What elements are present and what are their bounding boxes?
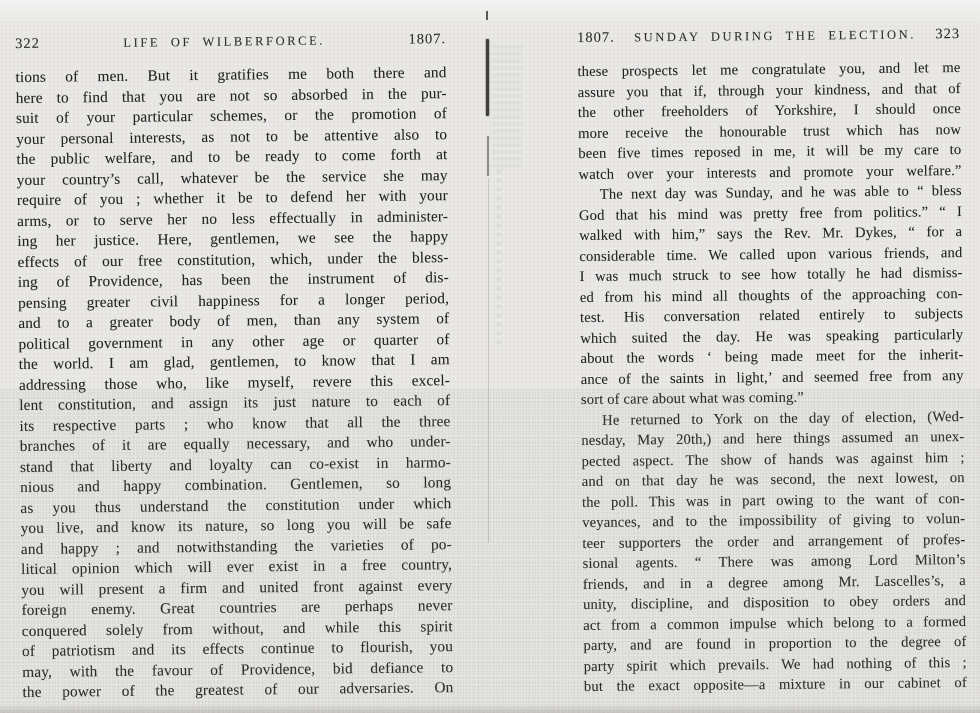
page-number-left: 322 (15, 36, 40, 53)
page-body-left: tions of men. But it gratifies me both t… (15, 63, 453, 703)
gutter-artifact-smudge (492, 46, 522, 171)
text-line: ance of the saints in light,’ and seemed… (581, 365, 964, 390)
year-label-left: 1807. (408, 31, 446, 48)
scan-light-top-band (0, 0, 980, 28)
page-right: 1807. SUNDAY DURING THE ELECTION. 323 th… (577, 26, 967, 697)
year-label-right: 1807. (577, 30, 615, 47)
text-line: but the exact opposite—a mixture in our … (584, 673, 967, 698)
running-title-left: LIFE OF WILBERFORCE. (123, 33, 325, 50)
text-line: the power of the greatest of our adversa… (22, 678, 453, 703)
book-scan-spread: { "colors": { "paper": "#e9e8e6", "ink":… (0, 0, 980, 713)
gutter-artifact-tick (486, 11, 488, 20)
scan-bottom-shade (0, 704, 980, 713)
gutter-artifact-mid-line (487, 136, 489, 176)
gutter-artifact-dark-line (486, 39, 489, 116)
page-header-right: 1807. SUNDAY DURING THE ELECTION. 323 (577, 26, 960, 49)
page-left: 322 LIFE OF WILBERFORCE. 1807. tions of … (15, 31, 454, 703)
page-body-right: these prospects let me congratulate you,… (577, 58, 967, 697)
gutter-artifact-smudge-2 (497, 170, 501, 350)
page-header-left: 322 LIFE OF WILBERFORCE. 1807. (15, 31, 446, 55)
page-number-right: 323 (935, 26, 960, 43)
gutter-artifact-faint-line (488, 178, 489, 543)
running-title-right: SUNDAY DURING THE ELECTION. (634, 27, 916, 45)
